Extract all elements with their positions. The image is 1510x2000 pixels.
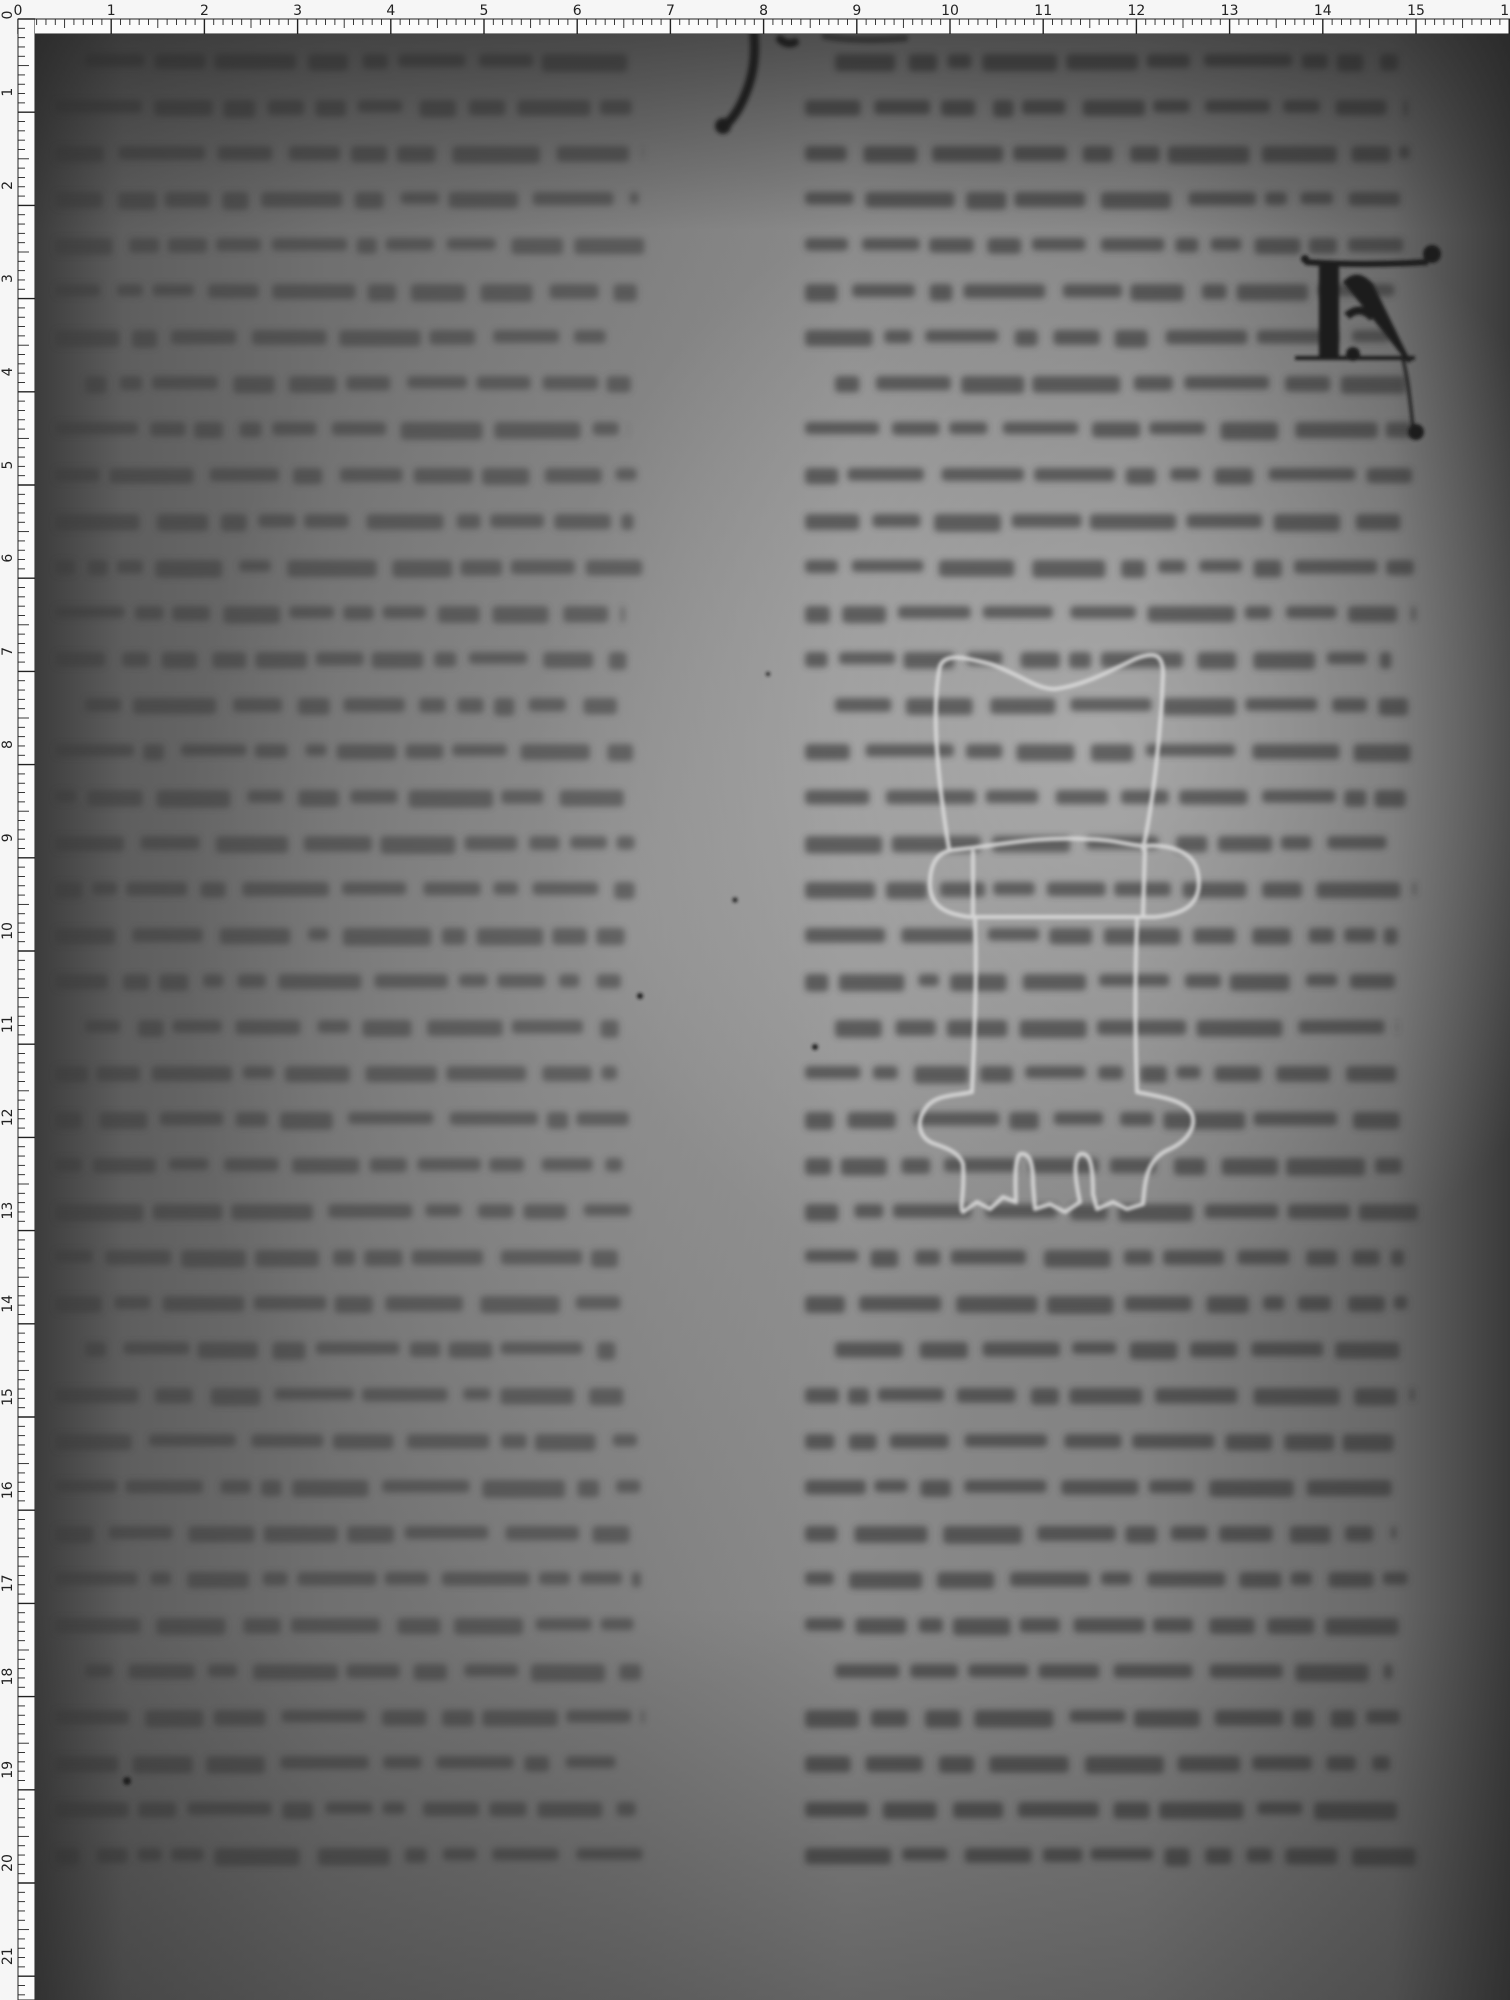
ruler-label: 4: [0, 367, 16, 376]
ruler-label: 12: [0, 1108, 16, 1126]
ruler-label: 13: [1221, 3, 1239, 19]
ruler-label: 15: [0, 1388, 16, 1406]
scan-vignette: [35, 34, 1510, 2000]
ruler-label: 14: [0, 1295, 16, 1313]
top-ruler: 012345678910111213141516: [0, 0, 1510, 34]
ruler-label: 11: [0, 1015, 16, 1033]
ruler-label: 4: [386, 3, 395, 19]
ruler-label: 1: [0, 88, 16, 97]
ruler-label: 17: [0, 1574, 16, 1592]
left-ruler: 0123456789101112131415161718192021: [0, 0, 35, 2000]
ruler-label: 16: [0, 1481, 16, 1499]
ruler-label: 13: [0, 1202, 16, 1220]
ruler-label: 21: [0, 1947, 16, 1965]
ruler-label: 19: [0, 1761, 16, 1779]
ruler-label: 3: [0, 274, 16, 283]
ruler-label: 9: [852, 3, 861, 19]
watermark-scan-image: [35, 34, 1510, 2000]
ruler-label: 10: [0, 922, 16, 940]
ruler-label: 10: [941, 3, 959, 19]
ruler-label: 5: [0, 461, 16, 470]
ruler-label: 1: [107, 3, 116, 19]
ruler-label: 15: [1407, 3, 1425, 19]
ruler-label: 14: [1314, 3, 1332, 19]
ruler-label: 7: [666, 3, 675, 19]
ruler-label: 12: [1127, 3, 1145, 19]
ruler-label: 5: [480, 3, 489, 19]
ruler-label: 6: [0, 554, 16, 563]
ruler-label: 2: [200, 3, 209, 19]
ruler-label: 8: [0, 740, 16, 749]
ruler-label: 3: [293, 3, 302, 19]
ruler-label: 9: [0, 833, 16, 842]
ruler-label: 6: [573, 3, 582, 19]
ruler-label: 18: [0, 1668, 16, 1686]
ruler-label: 16: [1500, 3, 1510, 19]
ruler-label: 7: [0, 647, 16, 656]
ruler-label: 2: [0, 181, 16, 190]
ruler-label: 11: [1034, 3, 1052, 19]
ruler-label: 20: [0, 1854, 16, 1872]
ruler-label: 8: [759, 3, 768, 19]
ruler-label: 0: [0, 11, 16, 20]
